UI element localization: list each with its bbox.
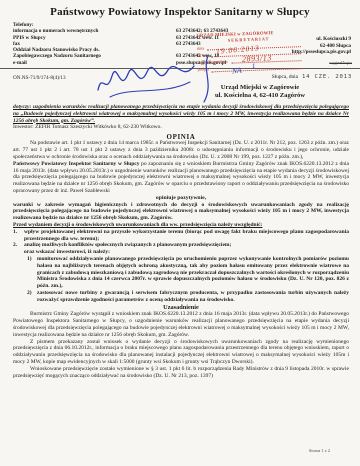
scanned-document-page: Państwowy Powiatowy Inspektor Sanitarny … bbox=[0, 0, 360, 466]
item-marker: 2. bbox=[13, 242, 24, 249]
subject-line: dotyczy: uzgodnienia warunków realizacji… bbox=[13, 104, 349, 124]
justification-paragraph-2: Z pismem przekazany został wniosek o wyd… bbox=[13, 339, 349, 366]
item-text: analizę możliwych konfliktów społecznych… bbox=[24, 242, 349, 249]
verdict-line: opiniuje pozytywnie, bbox=[13, 195, 349, 202]
place-and-date: oryginał/kopia Słupca, dnia 14 CZE. 2013 bbox=[272, 61, 352, 83]
conditions-paragraph: warunki w zakresie wymagań higienicznych… bbox=[13, 202, 349, 222]
requirement-item: 1.wpływ projektowanej elektrowni na przy… bbox=[13, 229, 349, 243]
letterhead: Państwowy Powiatowy Inspektor Sanitarny … bbox=[0, 0, 360, 102]
handwritten-register-number: 2893/13 bbox=[242, 53, 272, 64]
addressee-block: Urząd Miejski w Zagórowie ul. Kościelna … bbox=[168, 84, 352, 100]
requirements-heading: Przed wydaniem decyzji o środowiskowych … bbox=[13, 222, 349, 229]
justification-paragraph-1: Burmistrz Gminy Zagórów wystąpił z wnios… bbox=[13, 311, 349, 338]
investor-line: Inwestor: ZEFIR Tomasz Szeszycki Witkówk… bbox=[13, 124, 349, 131]
handwritten-initials: NA bbox=[232, 66, 242, 76]
addressee-name: Urząd Miejski w Zagórowie bbox=[168, 84, 352, 92]
item-text: monitorować oddziaływanie planowanego pr… bbox=[37, 256, 349, 290]
place-date-prefix: Słupca, dnia bbox=[272, 74, 298, 80]
page-title: Państwowy Powiatowy Inspektor Sanitarny … bbox=[0, 6, 360, 18]
date-stamp: 14 CZE. 2013 bbox=[302, 74, 352, 80]
investor-instruction-item: 1)monitorować oddziaływanie planowanego … bbox=[13, 256, 349, 290]
justification-paragraph-3: Wnioskowane przedsięwzięcie zostało wymi… bbox=[13, 366, 349, 380]
requirement-item: 2.analizę możliwych konfliktów społeczny… bbox=[13, 242, 349, 249]
investor-instruction-item: 2)zastosować nowe turbiny z gwarancją i … bbox=[13, 290, 349, 304]
addressee-address: ul. Kościelna 4, 62-410 Zagórów bbox=[168, 92, 352, 100]
reference-number: ON.NS-71/9/174-8(4)/13 bbox=[13, 75, 66, 81]
item-text: wpływ projektowanej elektrowni na przysz… bbox=[24, 229, 349, 243]
subject-label: dotyczy: bbox=[13, 104, 31, 110]
inspector-name-bold: Państwowy Powiatowy Inspektor Sanitarny … bbox=[13, 161, 139, 167]
item-marker: 1) bbox=[27, 256, 37, 290]
subject-text: uzgodnienia warunków realizacji planowan… bbox=[13, 104, 349, 124]
investor-instructions-note: oraz wskazać inwestorowi, iż należy: bbox=[24, 249, 349, 256]
document-body: dotyczy: uzgodnienia warunków realizacji… bbox=[13, 104, 349, 379]
legal-basis-paragraph: Na podstawie art. 1 pkt 1 ustawy z dnia … bbox=[13, 140, 349, 160]
item-marker: 1. bbox=[13, 229, 24, 243]
item-text: zastosować nowe turbiny z gwarancją i se… bbox=[37, 290, 349, 304]
page-number: Strona 1 z 2 bbox=[309, 448, 330, 453]
decision-paragraph: Państwowy Powiatowy Inspektor Sanitarny … bbox=[13, 161, 349, 195]
item-marker: 2) bbox=[27, 290, 37, 304]
